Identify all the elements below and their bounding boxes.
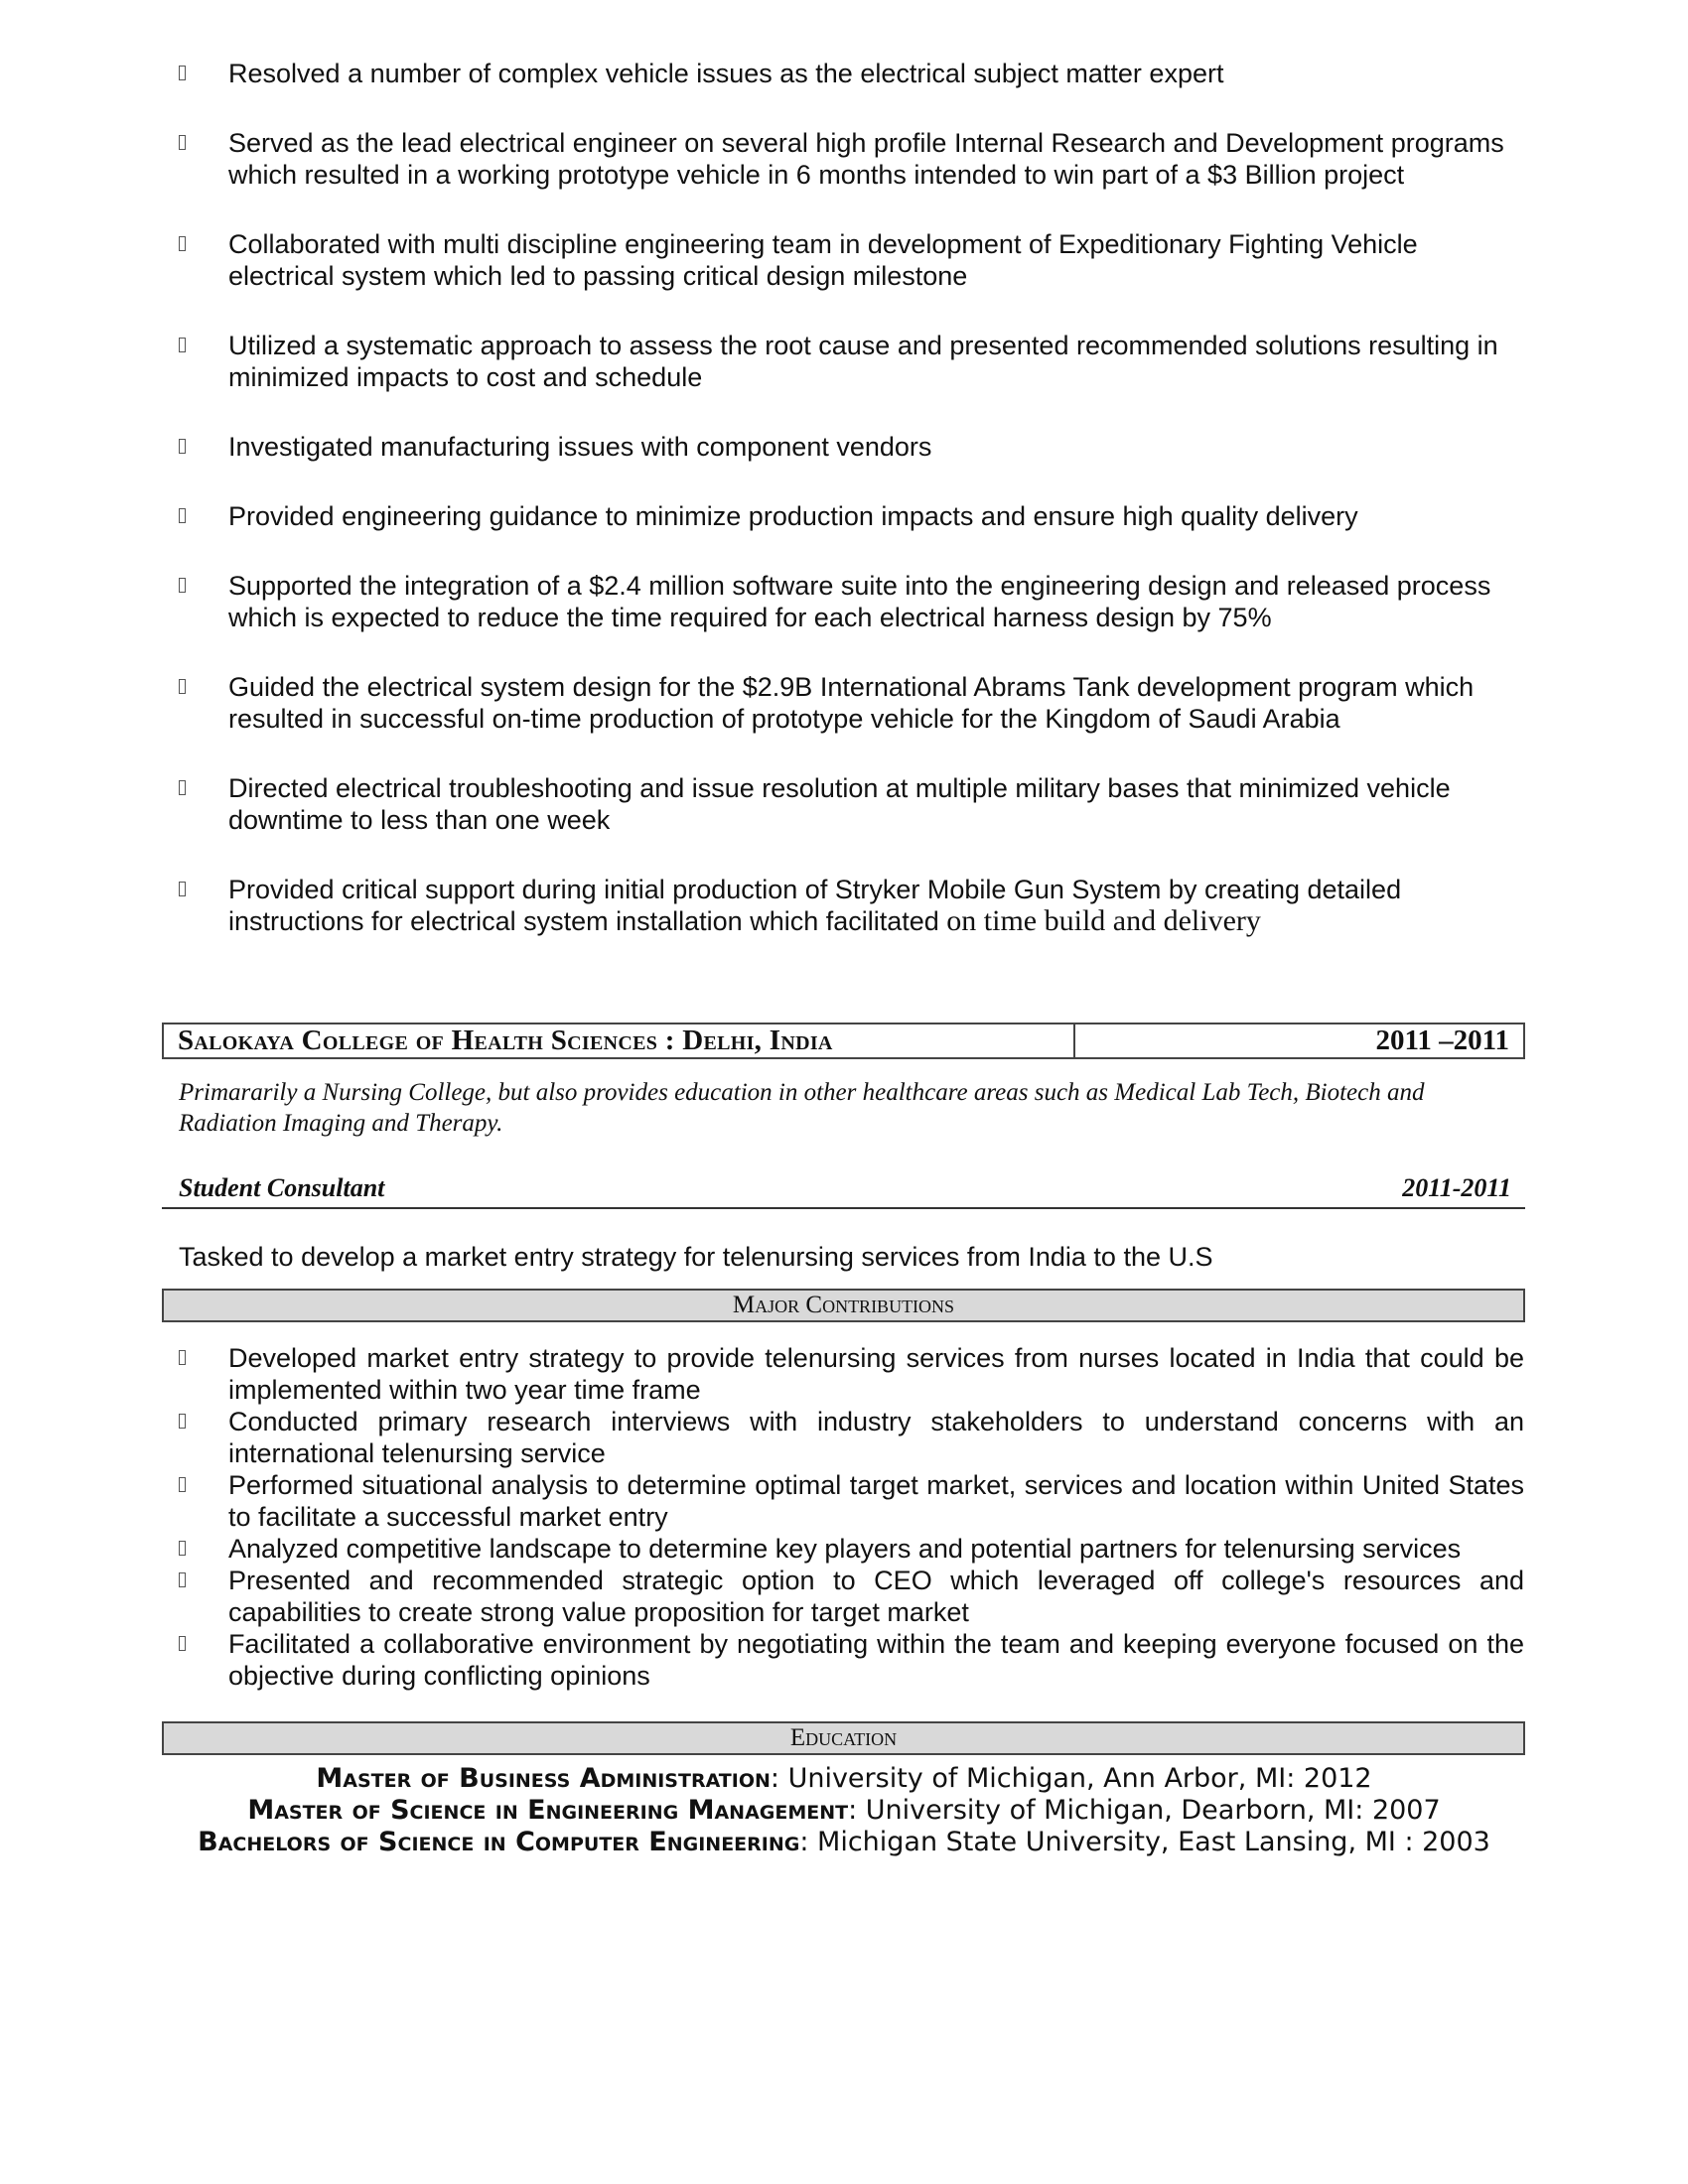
section-heading-education: Education bbox=[162, 1721, 1525, 1755]
list-item: Provided engineering guidance to minimiz… bbox=[174, 500, 1524, 532]
education-entry: Master of Business Administration: Unive… bbox=[169, 1763, 1519, 1795]
bullet-text: Supported the integration of a $2.4 mill… bbox=[228, 571, 1490, 632]
organization-description: Primararily a Nursing College, but also … bbox=[179, 1077, 1519, 1139]
bullet-icon bbox=[179, 1541, 186, 1556]
major-contributions-list: Developed market entry strategy to provi… bbox=[174, 1342, 1524, 1692]
education-entry: Master of Science in Engineering Managem… bbox=[169, 1795, 1519, 1827]
bullet-icon bbox=[179, 66, 186, 80]
bullet-text: Resolved a number of complex vehicle iss… bbox=[228, 59, 1223, 88]
list-item: Facilitated a collaborative environment … bbox=[174, 1628, 1524, 1692]
list-item: Performed situational analysis to determ… bbox=[174, 1469, 1524, 1533]
list-item: Served as the lead electrical engineer o… bbox=[174, 127, 1524, 191]
bullet-text: Presented and recommended strategic opti… bbox=[228, 1566, 1524, 1627]
bullet-text: Served as the lead electrical engineer o… bbox=[228, 128, 1504, 190]
organization-dates: 2011 –2011 bbox=[1075, 1024, 1523, 1057]
section-heading-major-contributions: Major Contributions bbox=[162, 1289, 1525, 1322]
bullet-text: Utilized a systematic approach to assess… bbox=[228, 331, 1498, 392]
bullet-icon bbox=[179, 1350, 186, 1365]
resume-page: Resolved a number of complex vehicle iss… bbox=[0, 0, 1688, 2184]
list-item: Analyzed competitive landscape to determ… bbox=[174, 1533, 1524, 1565]
list-item: Directed electrical troubleshooting and … bbox=[174, 772, 1524, 836]
bullet-icon bbox=[179, 1572, 186, 1587]
degree-detail: : University of Michigan, Ann Arbor, MI:… bbox=[771, 1763, 1372, 1794]
role-dates: 2011-2011 bbox=[1402, 1173, 1511, 1203]
role-title: Student Consultant bbox=[179, 1173, 384, 1203]
bullet-icon bbox=[179, 236, 186, 251]
list-item: Developed market entry strategy to provi… bbox=[174, 1342, 1524, 1406]
bullet-icon bbox=[179, 439, 186, 454]
bullet-text: Investigated manufacturing issues with c… bbox=[228, 432, 931, 462]
role-header: Student Consultant 2011-2011 bbox=[162, 1171, 1525, 1209]
list-item: Utilized a systematic approach to assess… bbox=[174, 330, 1524, 393]
degree-detail: : Michigan State University, East Lansin… bbox=[799, 1827, 1490, 1857]
bullet-icon bbox=[179, 1414, 186, 1429]
list-item: Supported the integration of a $2.4 mill… bbox=[174, 570, 1524, 633]
bullet-text: Guided the electrical system design for … bbox=[228, 672, 1474, 734]
bullet-text-tail: on time build and delivery bbox=[946, 904, 1261, 937]
bullet-icon bbox=[179, 135, 186, 150]
bullet-text: Performed situational analysis to determ… bbox=[228, 1470, 1524, 1532]
bullet-icon bbox=[179, 882, 186, 896]
bullet-text: Developed market entry strategy to provi… bbox=[228, 1343, 1524, 1405]
degree-detail: : University of Michigan, Dearborn, MI: … bbox=[848, 1795, 1441, 1826]
bullet-text: Conducted primary research interviews wi… bbox=[228, 1407, 1524, 1468]
bullet-icon bbox=[179, 780, 186, 795]
list-item: Conducted primary research interviews wi… bbox=[174, 1406, 1524, 1469]
bullet-icon bbox=[179, 679, 186, 694]
experience-bullet-list: Resolved a number of complex vehicle iss… bbox=[174, 58, 1524, 975]
bullet-text: Collaborated with multi discipline engin… bbox=[228, 229, 1418, 291]
degree-name: Master of Business Administration bbox=[316, 1763, 771, 1794]
organization-header: Salokaya College of Health Sciences : De… bbox=[162, 1023, 1525, 1059]
list-item: Presented and recommended strategic opti… bbox=[174, 1565, 1524, 1628]
degree-name: Bachelors of Science in Computer Enginee… bbox=[198, 1827, 799, 1857]
organization-name: Salokaya College of Health Sciences : De… bbox=[164, 1024, 1075, 1057]
bullet-text: Directed electrical troubleshooting and … bbox=[228, 773, 1451, 835]
bullet-icon bbox=[179, 578, 186, 593]
education-list: Master of Business Administration: Unive… bbox=[169, 1763, 1519, 1858]
education-entry: Bachelors of Science in Computer Enginee… bbox=[169, 1827, 1519, 1858]
degree-name: Master of Science in Engineering Managem… bbox=[247, 1795, 848, 1826]
list-item: Investigated manufacturing issues with c… bbox=[174, 431, 1524, 463]
bullet-text: Facilitated a collaborative environment … bbox=[228, 1629, 1524, 1691]
bullet-text: Analyzed competitive landscape to determ… bbox=[228, 1534, 1461, 1564]
list-item: Guided the electrical system design for … bbox=[174, 671, 1524, 735]
bullet-icon bbox=[179, 1636, 186, 1651]
list-item: Provided critical support during initial… bbox=[174, 874, 1524, 937]
bullet-text: Provided engineering guidance to minimiz… bbox=[228, 501, 1358, 531]
list-item: Collaborated with multi discipline engin… bbox=[174, 228, 1524, 292]
bullet-icon bbox=[179, 1477, 186, 1492]
role-summary: Tasked to develop a market entry strateg… bbox=[179, 1241, 1519, 1273]
list-item: Resolved a number of complex vehicle iss… bbox=[174, 58, 1524, 89]
bullet-icon bbox=[179, 508, 186, 523]
bullet-icon bbox=[179, 338, 186, 352]
